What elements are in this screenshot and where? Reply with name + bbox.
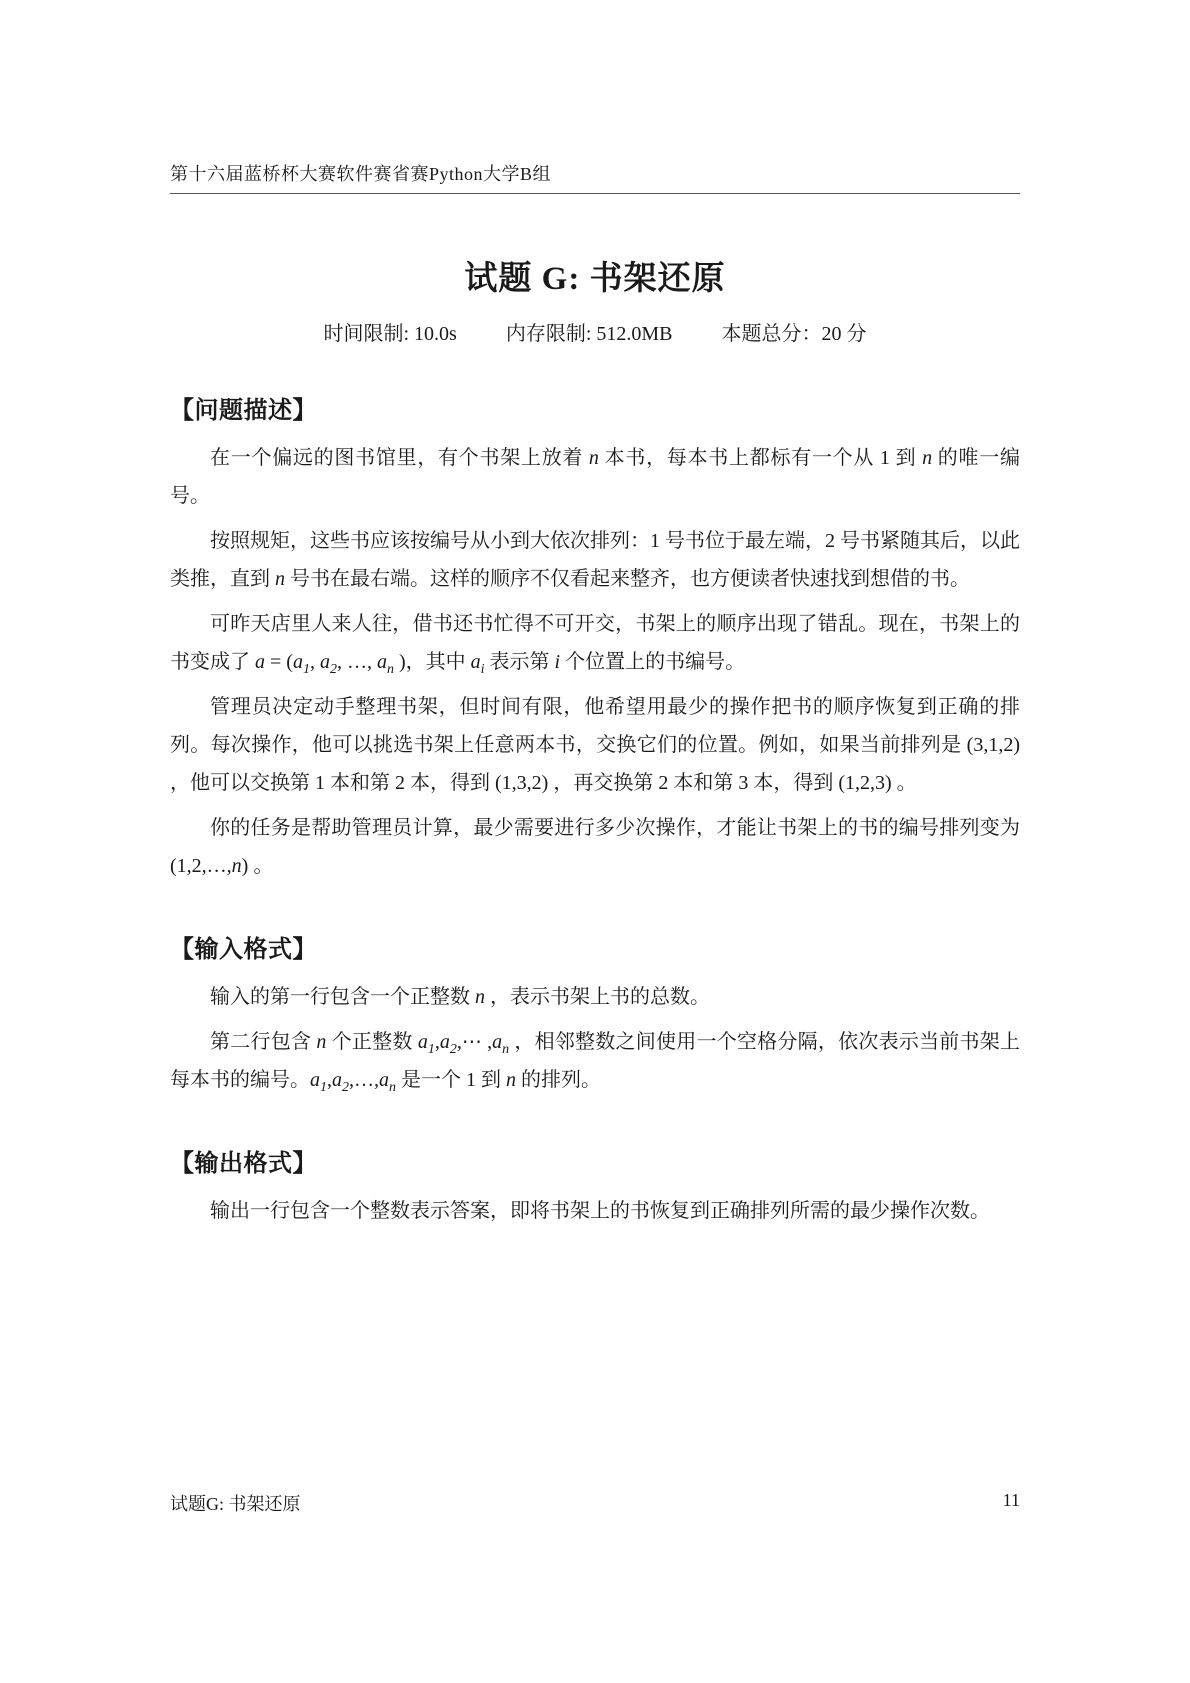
- text-run: ,: [310, 651, 320, 673]
- paragraph: 可昨天店里人来人往，借书还书忙得不可开交，书架上的顺序出现了错乱。现在，书架上的…: [170, 605, 1020, 681]
- limits-line: 时间限制: 10.0s 内存限制: 512.0MB 本题总分：20 分: [170, 317, 1020, 346]
- page-number: 11: [1003, 1490, 1020, 1516]
- page-footer: 试题G: 书架还原 11: [170, 1490, 1020, 1516]
- math-var: a: [255, 651, 265, 673]
- math-var: n: [275, 568, 285, 590]
- text-run: 个位置上的书编号。: [560, 651, 745, 673]
- text-run: ) 。: [242, 855, 274, 877]
- text-run: , …,: [337, 651, 377, 673]
- math-var: n: [232, 855, 242, 877]
- math-var: an: [492, 1031, 509, 1053]
- text-run: 你的任务是帮助管理员计算，最少需要进行多少次操作，才能让书架上的书的编号排列变为…: [170, 817, 1020, 877]
- time-limit: 时间限制: 10.0s: [323, 317, 456, 346]
- paragraph: 按照规矩，这些书应该按编号从小到大依次排列：1 号书位于最左端，2 号书紧随其后…: [170, 522, 1020, 598]
- text-run: ，表示书架上书的总数。: [485, 986, 710, 1008]
- math-var: ai: [471, 651, 485, 673]
- paragraph: 管理员决定动手整理书架，但时间有限，他希望用最少的操作把书的顺序恢复到正确的排列…: [170, 688, 1020, 802]
- total-score: 本题总分：20 分: [722, 317, 867, 346]
- text-run: 表示第: [485, 651, 555, 673]
- text-run: 管理员决定动手整理书架，但时间有限，他希望用最少的操作把书的顺序恢复到正确的排列…: [170, 696, 1020, 794]
- math-var: n: [316, 1031, 326, 1053]
- text-run: 个正整数: [326, 1031, 417, 1053]
- text-run: )，其中: [394, 651, 471, 673]
- section-problem-description: 【问题描述】 在一个偏远的图书馆里，有个书架上放着 n 本书，每本书上都标有一个…: [170, 390, 1020, 885]
- memory-limit: 内存限制: 512.0MB: [506, 317, 673, 346]
- math-var: n: [922, 447, 932, 469]
- math-var: a2: [440, 1031, 457, 1053]
- section-output-format: 【输出格式】 输出一行包含一个整数表示答案，即将书架上的书恢复到正确排列所需的最…: [170, 1143, 1020, 1230]
- math-var: a2: [332, 1069, 349, 1091]
- text-run: = (: [265, 651, 293, 673]
- problem-title: 试题 G: 书架还原: [170, 252, 1020, 299]
- text-run: 号书在最右端。这样的顺序不仅看起来整齐，也方便读者快速找到想借的书。: [285, 568, 970, 590]
- text-run: ,…,: [349, 1069, 379, 1091]
- math-var: n: [589, 447, 599, 469]
- section-heading-problem-description: 【问题描述】: [170, 390, 1020, 425]
- section-heading-output-format: 【输出格式】: [170, 1143, 1020, 1178]
- text-run: 输入的第一行包含一个正整数: [210, 986, 475, 1008]
- text-run: 第二行包含: [210, 1031, 316, 1053]
- footer-problem-label: 试题G: 书架还原: [170, 1490, 301, 1516]
- section-heading-input-format: 【输入格式】: [170, 929, 1020, 964]
- math-var: a1: [310, 1069, 327, 1091]
- math-var: an: [379, 1069, 396, 1091]
- section-input-format: 【输入格式】 输入的第一行包含一个正整数 n ，表示书架上书的总数。 第二行包含…: [170, 929, 1020, 1099]
- running-header: 第十六届蓝桥杯大赛软件赛省赛Python大学B组: [170, 0, 1020, 194]
- paragraph: 第二行包含 n 个正整数 a1,a2,⋯ ,an ，相邻整数之间使用一个空格分隔…: [170, 1023, 1020, 1099]
- math-var: n: [475, 986, 485, 1008]
- text-run: 在一个偏远的图书馆里，有个书架上放着: [210, 447, 589, 469]
- paragraph: 输入的第一行包含一个正整数 n ，表示书架上书的总数。: [170, 978, 1020, 1016]
- paragraph: 在一个偏远的图书馆里，有个书架上放着 n 本书，每本书上都标有一个从 1 到 n…: [170, 439, 1020, 515]
- math-var: a2: [320, 651, 337, 673]
- text-run: 本书，每本书上都标有一个从 1 到: [599, 447, 922, 469]
- paragraph: 输出一行包含一个整数表示答案，即将书架上的书恢复到正确排列所需的最少操作次数。: [170, 1192, 1020, 1230]
- text-run: 是一个 1 到: [396, 1069, 506, 1091]
- text-run: 的排列。: [516, 1069, 601, 1091]
- math-var: a1: [418, 1031, 435, 1053]
- text-run: 输出一行包含一个整数表示答案，即将书架上的书恢复到正确排列所需的最少操作次数。: [210, 1200, 990, 1222]
- paragraph: 你的任务是帮助管理员计算，最少需要进行多少次操作，才能让书架上的书的编号排列变为…: [170, 809, 1020, 885]
- math-var: an: [377, 651, 394, 673]
- math-var: a1: [293, 651, 310, 673]
- text-run: ,⋯ ,: [457, 1031, 492, 1053]
- math-var: n: [506, 1069, 516, 1091]
- document-page: 第十六届蓝桥杯大赛软件赛省赛Python大学B组 试题 G: 书架还原 时间限制…: [170, 0, 1020, 1683]
